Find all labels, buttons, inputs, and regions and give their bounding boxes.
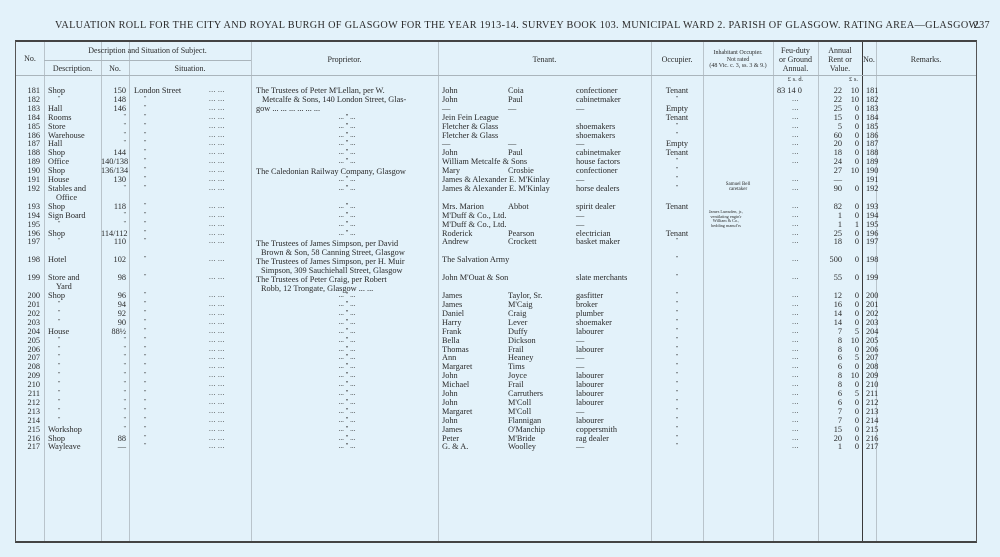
row-no: 214 bbox=[18, 416, 40, 425]
row-proprietor: ... " ... bbox=[258, 113, 436, 122]
row-situation: " bbox=[144, 362, 146, 371]
row-tenant-last: Craig bbox=[508, 309, 526, 318]
row-situation-dots: ... ... bbox=[209, 139, 225, 148]
row-situation: " bbox=[144, 202, 146, 211]
row-rent-pounds: 25 bbox=[818, 104, 842, 113]
row-no-right: 187 bbox=[866, 139, 878, 148]
row-situation: London Street bbox=[134, 86, 181, 95]
row-occupier: Tenant bbox=[651, 229, 703, 238]
row-tenant-first: Roderick bbox=[442, 229, 472, 238]
row-situation: " bbox=[144, 229, 146, 238]
row-situation: " bbox=[144, 353, 146, 362]
row-occupier: " bbox=[651, 434, 703, 443]
row-situation-dots: ... ... bbox=[209, 237, 225, 246]
row-situation-dots: ... ... bbox=[209, 202, 225, 211]
row-no: 181 bbox=[18, 86, 40, 95]
row-feu-duty: ... bbox=[773, 139, 818, 148]
row-tenant-first: G. & A. bbox=[442, 442, 468, 451]
row-situation: " bbox=[144, 318, 146, 327]
row-description-cont: Office bbox=[56, 193, 77, 202]
row-no-right: 207 bbox=[866, 353, 878, 362]
row-no: 215 bbox=[18, 425, 40, 434]
row-no-right: 184 bbox=[866, 113, 878, 122]
row-tenant-last: Dickson bbox=[508, 336, 536, 345]
row-rent-shillings: 0 bbox=[842, 184, 859, 193]
row-feu-duty: ... bbox=[773, 300, 818, 309]
row-situation: " bbox=[144, 104, 146, 113]
row-proprietor: ... " ... bbox=[258, 371, 436, 380]
valuation-table: No. Description and Situation of Subject… bbox=[15, 40, 977, 543]
row-no-right: 217 bbox=[866, 442, 878, 451]
row-rent-shillings: 0 bbox=[842, 309, 859, 318]
table-row: 189 Office 140/138 " ... ... ... " ... W… bbox=[16, 157, 978, 166]
row-situation-dots: ... ... bbox=[209, 175, 225, 184]
row-trade: — bbox=[576, 336, 584, 345]
row-rent-shillings: 0 bbox=[842, 291, 859, 300]
row-description: House bbox=[48, 327, 69, 336]
row-situation-dots: ... ... bbox=[209, 353, 225, 362]
table-row: 205 " " " ... ... ... " ... Bella Dickso… bbox=[16, 336, 978, 345]
row-trade: plumber bbox=[576, 309, 604, 318]
row-rent-pounds: 6 bbox=[818, 389, 842, 398]
row-no-right: 209 bbox=[866, 371, 878, 380]
row-street-no: " bbox=[101, 122, 126, 131]
row-trade: shoemakers bbox=[576, 122, 615, 131]
row-description: " bbox=[58, 371, 60, 380]
row-situation: " bbox=[144, 113, 146, 122]
row-no: 187 bbox=[18, 139, 40, 148]
row-description: " bbox=[58, 380, 60, 389]
row-occupier: " bbox=[651, 122, 703, 131]
row-description: House bbox=[48, 175, 69, 184]
row-description: Hall bbox=[48, 104, 62, 113]
row-street-no: 136/134 bbox=[101, 166, 126, 175]
row-feu-duty: ... bbox=[773, 434, 818, 443]
row-situation: " bbox=[144, 157, 146, 166]
row-no: 186 bbox=[18, 131, 40, 140]
table-row: 182 " 148 " ... ... John Paul cabinetmak… bbox=[16, 95, 978, 104]
row-tenant-first: John bbox=[442, 86, 458, 95]
row-no-right: 192 bbox=[866, 184, 878, 193]
row-occupier: " bbox=[651, 95, 703, 104]
table-row: 216 Shop 88 " ... ... ... " ... Peter M'… bbox=[16, 434, 978, 443]
row-description: " bbox=[58, 345, 60, 354]
row-tenant-last: O'Manchip bbox=[508, 425, 545, 434]
row-tenant-first: John bbox=[442, 416, 458, 425]
table-row: 184 Rooms " " ... ... ... " ... Jein Fei… bbox=[16, 113, 978, 122]
row-street-no: " bbox=[101, 380, 126, 389]
row-situation: " bbox=[144, 407, 146, 416]
row-no: 192 bbox=[18, 184, 40, 193]
table-row: 211 " " " ... ... ... " ... John Carruth… bbox=[16, 389, 978, 398]
row-situation-dots: ... ... bbox=[209, 425, 225, 434]
row-street-no: 114/112 bbox=[101, 229, 126, 238]
row-street-no: " bbox=[101, 425, 126, 434]
row-tenant-first: Peter bbox=[442, 434, 459, 443]
row-tenant-first: Michael bbox=[442, 380, 469, 389]
row-street-no: 140/138 bbox=[101, 157, 126, 166]
row-no-right: 213 bbox=[866, 407, 878, 416]
row-description: Shop bbox=[48, 291, 65, 300]
row-trade: — bbox=[576, 104, 584, 113]
row-proprietor: ... " ... bbox=[258, 131, 436, 140]
row-street-no: 130 bbox=[101, 175, 126, 184]
row-occupier: Empty bbox=[651, 104, 703, 113]
header-proprietor: Proprietor. bbox=[251, 55, 438, 64]
row-rent-shillings: 0 bbox=[842, 211, 859, 220]
row-rent-pounds: 22 bbox=[818, 95, 842, 104]
header-occupier: Occupier. bbox=[651, 55, 703, 64]
row-no: 211 bbox=[18, 389, 40, 398]
row-rent-shillings: 0 bbox=[842, 139, 859, 148]
row-tenant-first: John bbox=[442, 148, 458, 157]
row-tenant-first: Fletcher & Glass bbox=[442, 122, 498, 131]
row-no: 207 bbox=[18, 353, 40, 362]
row-trade: cabinetmaker bbox=[576, 95, 621, 104]
row-no-right: 200 bbox=[866, 291, 878, 300]
row-tenant-last: Frail bbox=[508, 380, 524, 389]
table-row: 209 " " " ... ... ... " ... John Joyce l… bbox=[16, 371, 978, 380]
row-description: " bbox=[58, 362, 60, 371]
row-no: 204 bbox=[18, 327, 40, 336]
row-situation: " bbox=[144, 389, 146, 398]
row-proprietor: ... " ... bbox=[258, 300, 436, 309]
row-no-right: 188 bbox=[866, 148, 878, 157]
row-occupier: Tenant bbox=[651, 202, 703, 211]
row-description: Shop bbox=[48, 434, 65, 443]
row-situation: " bbox=[144, 442, 146, 451]
table-row: 210 " " " ... ... ... " ... Michael Frai… bbox=[16, 380, 978, 389]
row-trade: gasfitter bbox=[576, 291, 603, 300]
row-rent-shillings: 0 bbox=[842, 345, 859, 354]
row-trade: — bbox=[576, 139, 584, 148]
row-no-right: 203 bbox=[866, 318, 878, 327]
table-row: 191 House 130 " ... ... ... " ... James … bbox=[16, 175, 978, 184]
row-description: " bbox=[58, 389, 60, 398]
row-trade: basket maker bbox=[576, 237, 620, 246]
row-situation: " bbox=[144, 345, 146, 354]
row-trade: labourer bbox=[576, 327, 604, 336]
row-rent-shillings: 10 bbox=[842, 371, 859, 380]
row-rent-pounds: 90 bbox=[818, 184, 842, 193]
table-row: 196 Shop 114/112 " ... ... ... " ... Rod… bbox=[16, 229, 978, 238]
row-street-no: " bbox=[101, 113, 126, 122]
row-no-right: 191 bbox=[866, 175, 878, 184]
row-description: Sign Board bbox=[48, 211, 86, 220]
row-occupier: " bbox=[651, 175, 703, 184]
row-tenant-first: Fletcher & Glass bbox=[442, 131, 498, 140]
row-description: Warehouse bbox=[48, 131, 85, 140]
row-rent-shillings: 0 bbox=[842, 398, 859, 407]
row-proprietor: ... " ... bbox=[258, 229, 436, 238]
row-rent-shillings: 0 bbox=[842, 131, 859, 140]
row-rent-shillings: 0 bbox=[842, 148, 859, 157]
row-situation-dots: ... ... bbox=[209, 442, 225, 451]
row-description: " bbox=[58, 398, 60, 407]
header-remarks: Remarks. bbox=[876, 55, 976, 64]
row-tenant-first: John bbox=[442, 371, 458, 380]
row-tenant-last: Tims bbox=[508, 362, 525, 371]
row-situation-dots: ... ... bbox=[209, 122, 225, 131]
row-street-no: 110 bbox=[101, 237, 126, 246]
table-row: 213 " " " ... ... ... " ... Margaret M'C… bbox=[16, 407, 978, 416]
row-situation: " bbox=[144, 434, 146, 443]
row-rent-shillings: 0 bbox=[842, 104, 859, 113]
row-situation: " bbox=[144, 166, 146, 175]
row-rent-pounds: — bbox=[818, 175, 842, 184]
row-no-right: 206 bbox=[866, 345, 878, 354]
table-row: 199 Store and 98 " ... ... John M'Ouat &… bbox=[16, 273, 978, 282]
row-trade: spirit dealer bbox=[576, 202, 615, 211]
row-feu-duty: ... bbox=[773, 407, 818, 416]
table-row: 202 " 92 " ... ... ... " ... Daniel Crai… bbox=[16, 309, 978, 318]
row-situation-dots: ... ... bbox=[209, 362, 225, 371]
row-no: 197 bbox=[18, 237, 40, 246]
row-feu-duty: ... bbox=[773, 309, 818, 318]
row-rent-shillings: 0 bbox=[842, 229, 859, 238]
row-description: " bbox=[58, 336, 60, 345]
rent-units: £ s. bbox=[818, 77, 862, 84]
row-tenant-first: Margaret bbox=[442, 362, 472, 371]
row-rent-pounds: 15 bbox=[818, 113, 842, 122]
row-street-no: 148 bbox=[101, 95, 126, 104]
row-situation: " bbox=[144, 255, 146, 264]
row-trade: confectioner bbox=[576, 166, 617, 175]
row-description: Shop bbox=[48, 166, 65, 175]
row-situation-dots: ... ... bbox=[209, 434, 225, 443]
row-tenant-last: Crosbie bbox=[508, 166, 534, 175]
row-tenant-first: Ann bbox=[442, 353, 456, 362]
table-row: 192 Stables and " " ... ... ... " ... Ja… bbox=[16, 184, 978, 193]
row-situation: " bbox=[144, 237, 146, 246]
row-feu-duty: ... bbox=[773, 353, 818, 362]
row-no-right: 205 bbox=[866, 336, 878, 345]
row-proprietor: ... " ... bbox=[258, 211, 436, 220]
row-occupier: " bbox=[651, 353, 703, 362]
row-no: 193 bbox=[18, 202, 40, 211]
row-situation-dots: ... ... bbox=[209, 273, 225, 282]
row-rent-pounds: 18 bbox=[818, 237, 842, 246]
row-feu-duty: ... bbox=[773, 255, 818, 264]
row-situation: " bbox=[144, 139, 146, 148]
row-trade: slate merchants bbox=[576, 273, 627, 282]
table-row: 200 Shop 96 " ... ... ... " ... James Ta… bbox=[16, 291, 978, 300]
header-rent-l2: Rent or bbox=[818, 55, 862, 64]
row-trade: shoemaker bbox=[576, 318, 612, 327]
row-proprietor: ... " ... bbox=[258, 122, 436, 131]
row-no-right: 204 bbox=[866, 327, 878, 336]
row-feu-duty: ... bbox=[773, 336, 818, 345]
row-tenant-last: Paul bbox=[508, 148, 523, 157]
row-trade: — bbox=[576, 220, 584, 229]
row-tenant-last: M'Coll bbox=[508, 398, 531, 407]
row-rent-shillings: 5 bbox=[842, 327, 859, 336]
row-no-right: 215 bbox=[866, 425, 878, 434]
row-street-no: " bbox=[101, 336, 126, 345]
row-street-no: " bbox=[101, 362, 126, 371]
row-trade: — bbox=[576, 353, 584, 362]
row-rent-shillings: 10 bbox=[842, 336, 859, 345]
row-situation-dots: ... ... bbox=[209, 86, 225, 95]
row-tenant-last: Heaney bbox=[508, 353, 533, 362]
row-situation-dots: ... ... bbox=[209, 291, 225, 300]
row-rent-shillings: 0 bbox=[842, 255, 859, 264]
row-occupier: " bbox=[651, 442, 703, 451]
row-proprietor: ... " ... bbox=[258, 139, 436, 148]
row-rent-shillings: 10 bbox=[842, 95, 859, 104]
row-tenant-first: Margaret bbox=[442, 407, 472, 416]
row-tenant-first: Mrs. Marion bbox=[442, 202, 484, 211]
row-no: 191 bbox=[18, 175, 40, 184]
row-description: " bbox=[58, 95, 60, 104]
row-no: 216 bbox=[18, 434, 40, 443]
row-proprietor: ... " ... bbox=[258, 434, 436, 443]
row-street-no: " bbox=[101, 131, 126, 140]
row-proprietor: ... " ... bbox=[258, 336, 436, 345]
row-occupier: " bbox=[651, 300, 703, 309]
row-rent-shillings: 0 bbox=[842, 434, 859, 443]
row-tenant-first: Thomas bbox=[442, 345, 469, 354]
row-rent-shillings: 0 bbox=[842, 300, 859, 309]
row-situation: " bbox=[144, 95, 146, 104]
row-rent-pounds: 6 bbox=[818, 362, 842, 371]
row-proprietor: ... " ... bbox=[258, 327, 436, 336]
feu-units: £ s. d. bbox=[773, 77, 818, 84]
row-occupier: " bbox=[651, 345, 703, 354]
row-occupier: " bbox=[651, 407, 703, 416]
row-rent-pounds: 16 bbox=[818, 300, 842, 309]
row-rent-pounds: 25 bbox=[818, 229, 842, 238]
row-occupier: " bbox=[651, 291, 703, 300]
row-rent-pounds: 82 bbox=[818, 202, 842, 211]
row-feu-duty: ... bbox=[773, 291, 818, 300]
row-description: " bbox=[58, 220, 60, 229]
row-occupier: " bbox=[651, 131, 703, 140]
row-tenant-first: M'Duff & Co., Ltd. bbox=[442, 211, 507, 220]
row-description-cont: Yard bbox=[56, 282, 72, 291]
row-rent-shillings: 0 bbox=[842, 442, 859, 451]
row-no: 212 bbox=[18, 398, 40, 407]
header-rent: Annual Rent or Value. bbox=[818, 46, 862, 73]
row-feu-duty: ... bbox=[773, 104, 818, 113]
row-trade: coppersmith bbox=[576, 425, 617, 434]
row-no-right: 202 bbox=[866, 309, 878, 318]
row-no: 185 bbox=[18, 122, 40, 131]
row-tenant-first: Andrew bbox=[442, 237, 469, 246]
row-feu-duty: ... bbox=[773, 211, 818, 220]
row-situation: " bbox=[144, 398, 146, 407]
row-trade: labourer bbox=[576, 389, 604, 398]
row-situation-dots: ... ... bbox=[209, 336, 225, 345]
row-rent-shillings: 0 bbox=[842, 407, 859, 416]
table-row: 214 " " " ... ... ... " ... John Flannig… bbox=[16, 416, 978, 425]
row-tenant-first: James bbox=[442, 425, 462, 434]
row-feu-duty: ... bbox=[773, 345, 818, 354]
row-no-right: 189 bbox=[866, 157, 878, 166]
row-occupier: " bbox=[651, 371, 703, 380]
row-street-no: " bbox=[101, 211, 126, 220]
table-row: 217 Wayleave — " ... ... ... " ... G. & … bbox=[16, 442, 978, 451]
row-proprietor: ... " ... bbox=[258, 416, 436, 425]
row-no-right: 212 bbox=[866, 398, 878, 407]
row-rent-shillings: 0 bbox=[842, 122, 859, 131]
row-situation-dots: ... ... bbox=[209, 157, 225, 166]
header-description: Description. bbox=[44, 64, 101, 73]
row-tenant-first: John bbox=[442, 95, 458, 104]
row-situation-dots: ... ... bbox=[209, 380, 225, 389]
table-row: 203 " 90 " ... ... ... " ... Harry Lever… bbox=[16, 318, 978, 327]
row-description: " bbox=[58, 300, 60, 309]
row-occupier: " bbox=[651, 318, 703, 327]
row-tenant-last: Crockett bbox=[508, 237, 537, 246]
row-situation-dots: ... ... bbox=[209, 416, 225, 425]
row-rent-shillings: 0 bbox=[842, 273, 859, 282]
row-rent-shillings: 0 bbox=[842, 380, 859, 389]
row-rent-pounds: 500 bbox=[818, 255, 842, 264]
row-rent-pounds: 5 bbox=[818, 122, 842, 131]
row-no-right: 186 bbox=[866, 131, 878, 140]
row-trade: rag dealer bbox=[576, 434, 609, 443]
row-rent-shillings: 0 bbox=[842, 362, 859, 371]
row-rent-pounds: 18 bbox=[818, 148, 842, 157]
row-trade: house factors bbox=[576, 157, 620, 166]
table-row: 204 House 88½ " ... ... ... " ... Frank … bbox=[16, 327, 978, 336]
row-no-right: 201 bbox=[866, 300, 878, 309]
row-trade: labourer bbox=[576, 371, 604, 380]
row-situation: " bbox=[144, 371, 146, 380]
table-row: 207 " " " ... ... ... " ... Ann Heaney —… bbox=[16, 353, 978, 362]
row-situation-dots: ... ... bbox=[209, 255, 225, 264]
row-tenant-first: Harry bbox=[442, 318, 461, 327]
row-rent-shillings: 0 bbox=[842, 416, 859, 425]
row-situation: " bbox=[144, 336, 146, 345]
row-occupier: Tenant bbox=[651, 148, 703, 157]
row-description: Shop bbox=[48, 148, 65, 157]
row-street-no: " bbox=[101, 389, 126, 398]
page-title: VALUATION ROLL FOR THE CITY AND ROYAL BU… bbox=[55, 20, 990, 31]
row-proprietor: ... " ... bbox=[258, 442, 436, 451]
row-rent-pounds: 24 bbox=[818, 157, 842, 166]
header-feu-l1: Feu-duty bbox=[773, 46, 818, 55]
header-inhabitant-l1: Inhabitant Occupier. bbox=[703, 50, 773, 57]
row-rent-pounds: 14 bbox=[818, 309, 842, 318]
header-rent-l3: Value. bbox=[818, 64, 862, 73]
row-tenant-first: John bbox=[442, 398, 458, 407]
row-trade: electrician bbox=[576, 229, 611, 238]
row-occupier: " bbox=[651, 273, 703, 282]
row-situation-dots: ... ... bbox=[209, 211, 225, 220]
row-street-no: 92 bbox=[101, 309, 126, 318]
row-feu-duty: ... bbox=[773, 122, 818, 131]
row-rent-pounds: 60 bbox=[818, 131, 842, 140]
row-description: Shop bbox=[48, 229, 65, 238]
header-feu: Feu-duty or Ground Annual. bbox=[773, 46, 818, 73]
row-description: Store and bbox=[48, 273, 80, 282]
row-no-right: 182 bbox=[866, 95, 878, 104]
row-tenant-first: Mary bbox=[442, 166, 460, 175]
row-tenant-first: John bbox=[442, 389, 458, 398]
row-description: " bbox=[58, 407, 60, 416]
row-street-no: 150 bbox=[101, 86, 126, 95]
row-tenant-first: — bbox=[442, 139, 450, 148]
row-situation-dots: ... ... bbox=[209, 104, 225, 113]
row-tenant-last: Coia bbox=[508, 86, 524, 95]
row-feu-duty: ... bbox=[773, 327, 818, 336]
row-feu-duty: ... bbox=[773, 229, 818, 238]
row-feu-duty: ... bbox=[773, 95, 818, 104]
row-tenant-last: Flannigan bbox=[508, 416, 541, 425]
row-no-right: 190 bbox=[866, 166, 878, 175]
